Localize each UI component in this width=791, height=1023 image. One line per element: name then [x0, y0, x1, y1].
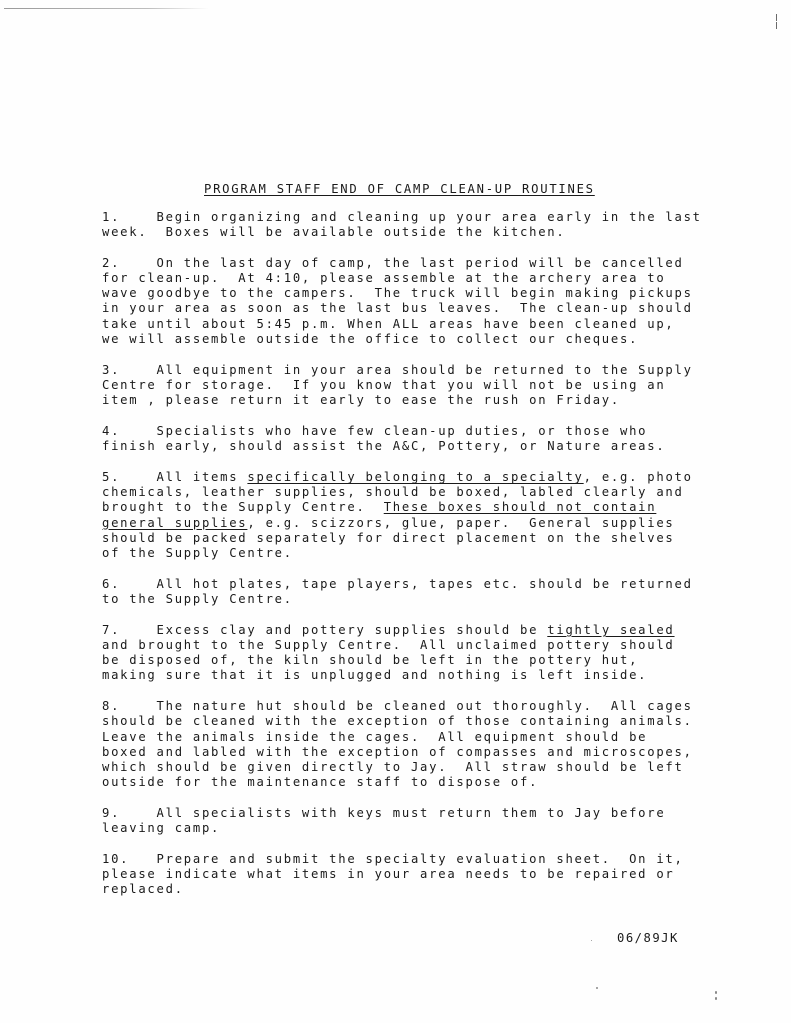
document-code: 06/89JK: [617, 931, 679, 945]
list-item: 10. Prepare and submit the specialty eva…: [102, 852, 722, 897]
text-line: replaced.: [102, 882, 722, 897]
text-run: brought to the Supply Centre.: [102, 500, 384, 514]
text-run: 5. All items: [102, 470, 247, 484]
text-run: of the Supply Centre.: [102, 546, 293, 560]
text-run: , e.g. photo: [584, 470, 693, 484]
text-run: week. Boxes will be available outside th…: [102, 225, 565, 239]
text-run: , e.g. scizzors, glue, paper. General su…: [247, 516, 674, 530]
scan-speck: [596, 987, 598, 989]
text-line: outside for the maintenance staff to dis…: [102, 775, 722, 790]
text-line: boxed and labled with the exception of c…: [102, 745, 722, 760]
text-line: 7. Excess clay and pottery supplies shou…: [102, 623, 722, 638]
margin-mark: [776, 22, 777, 29]
scan-speck: [591, 940, 592, 941]
text-line: Leave the animals inside the cages. All …: [102, 730, 722, 745]
text-run: 9. All specialists with keys must return…: [102, 806, 665, 820]
text-run: should be packed separately for direct p…: [102, 531, 675, 545]
text-line: finish early, should assist the A&C, Pot…: [102, 439, 722, 454]
text-line: 4. Specialists who have few clean-up dut…: [102, 424, 722, 439]
text-line: be disposed of, the kiln should be left …: [102, 653, 722, 668]
text-run: Leave the animals inside the cages. All …: [102, 730, 647, 744]
text-line: take until about 5:45 p.m. When ALL area…: [102, 317, 722, 332]
text-line: making sure that it is unplugged and not…: [102, 668, 722, 683]
list-item: 2. On the last day of camp, the last per…: [102, 256, 722, 347]
underlined-text: These boxes should not contain: [384, 500, 657, 514]
text-run: Centre for storage. If you know that you…: [102, 378, 665, 392]
text-run: 8. The nature hut should be cleaned out …: [102, 699, 693, 713]
text-line: wave goodbye to the campers. The truck w…: [102, 286, 722, 301]
text-run: boxed and labled with the exception of c…: [102, 745, 693, 759]
text-run: chemicals, leather supplies, should be b…: [102, 485, 684, 499]
text-line: chemicals, leather supplies, should be b…: [102, 485, 722, 500]
text-run: 10. Prepare and submit the specialty eva…: [102, 852, 684, 866]
margin-mark: [776, 14, 777, 21]
list-item: 8. The nature hut should be cleaned out …: [102, 699, 722, 790]
text-run: should be cleaned with the exception of …: [102, 714, 693, 728]
text-run: replaced.: [102, 882, 184, 896]
text-line: 9. All specialists with keys must return…: [102, 806, 722, 821]
text-line: 8. The nature hut should be cleaned out …: [102, 699, 722, 714]
list-item: 9. All specialists with keys must return…: [102, 806, 722, 836]
text-run: take until about 5:45 p.m. When ALL area…: [102, 317, 675, 331]
scan-edge-line: [4, 8, 209, 9]
scan-speck: [715, 991, 717, 994]
text-line: item , please return it early to ease th…: [102, 393, 722, 408]
underlined-text: general supplies: [102, 516, 247, 530]
list-item: 7. Excess clay and pottery supplies shou…: [102, 623, 722, 683]
text-run: outside for the maintenance staff to dis…: [102, 775, 538, 789]
text-line: brought to the Supply Centre. These boxe…: [102, 500, 722, 515]
text-run: for clean-up. At 4:10, please assemble a…: [102, 271, 665, 285]
underlined-text: tightly sealed: [547, 623, 674, 637]
text-run: which should be given directly to Jay. A…: [102, 760, 684, 774]
text-run: finish early, should assist the A&C, Pot…: [102, 439, 665, 453]
text-run: wave goodbye to the campers. The truck w…: [102, 286, 693, 300]
text-run: leaving camp.: [102, 821, 220, 835]
text-run: 2. On the last day of camp, the last per…: [102, 256, 684, 270]
text-line: we will assemble outside the office to c…: [102, 332, 722, 347]
underlined-text: specifically belonging to a specialty: [247, 470, 583, 484]
text-line: 1. Begin organizing and cleaning up your…: [102, 210, 722, 225]
text-run: to the Supply Centre.: [102, 592, 293, 606]
text-line: which should be given directly to Jay. A…: [102, 760, 722, 775]
text-run: item , please return it early to ease th…: [102, 393, 620, 407]
text-line: 6. All hot plates, tape players, tapes e…: [102, 577, 722, 592]
list-item: 1. Begin organizing and cleaning up your…: [102, 210, 722, 240]
text-line: should be cleaned with the exception of …: [102, 714, 722, 729]
document-title: PROGRAM STAFF END OF CAMP CLEAN-UP ROUTI…: [204, 182, 595, 197]
text-run: 4. Specialists who have few clean-up dut…: [102, 424, 647, 438]
document-body: 1. Begin organizing and cleaning up your…: [102, 210, 722, 913]
list-item: 5. All items specifically belonging to a…: [102, 470, 722, 561]
text-line: general supplies, e.g. scizzors, glue, p…: [102, 516, 722, 531]
text-line: and brought to the Supply Centre. All un…: [102, 638, 722, 653]
scan-speck: [715, 997, 717, 1000]
text-line: should be packed separately for direct p…: [102, 531, 722, 546]
list-item: 3. All equipment in your area should be …: [102, 363, 722, 408]
text-line: for clean-up. At 4:10, please assemble a…: [102, 271, 722, 286]
text-run: 6. All hot plates, tape players, tapes e…: [102, 577, 693, 591]
text-run: and brought to the Supply Centre. All un…: [102, 638, 675, 652]
text-run: be disposed of, the kiln should be left …: [102, 653, 638, 667]
text-line: 10. Prepare and submit the specialty eva…: [102, 852, 722, 867]
list-item: 4. Specialists who have few clean-up dut…: [102, 424, 722, 454]
list-item: 6. All hot plates, tape players, tapes e…: [102, 577, 722, 607]
text-line: 5. All items specifically belonging to a…: [102, 470, 722, 485]
text-run: 7. Excess clay and pottery supplies shou…: [102, 623, 547, 637]
text-line: Centre for storage. If you know that you…: [102, 378, 722, 393]
text-line: 3. All equipment in your area should be …: [102, 363, 722, 378]
text-line: 2. On the last day of camp, the last per…: [102, 256, 722, 271]
text-run: making sure that it is unplugged and not…: [102, 668, 647, 682]
text-run: we will assemble outside the office to c…: [102, 332, 638, 346]
text-line: in your area as soon as the last bus lea…: [102, 301, 722, 316]
text-run: 1. Begin organizing and cleaning up your…: [102, 210, 702, 224]
text-line: please indicate what items in your area …: [102, 867, 722, 882]
text-line: of the Supply Centre.: [102, 546, 722, 561]
text-run: please indicate what items in your area …: [102, 867, 675, 881]
text-line: week. Boxes will be available outside th…: [102, 225, 722, 240]
text-run: 3. All equipment in your area should be …: [102, 363, 693, 377]
text-line: leaving camp.: [102, 821, 722, 836]
text-line: to the Supply Centre.: [102, 592, 722, 607]
text-run: in your area as soon as the last bus lea…: [102, 301, 693, 315]
